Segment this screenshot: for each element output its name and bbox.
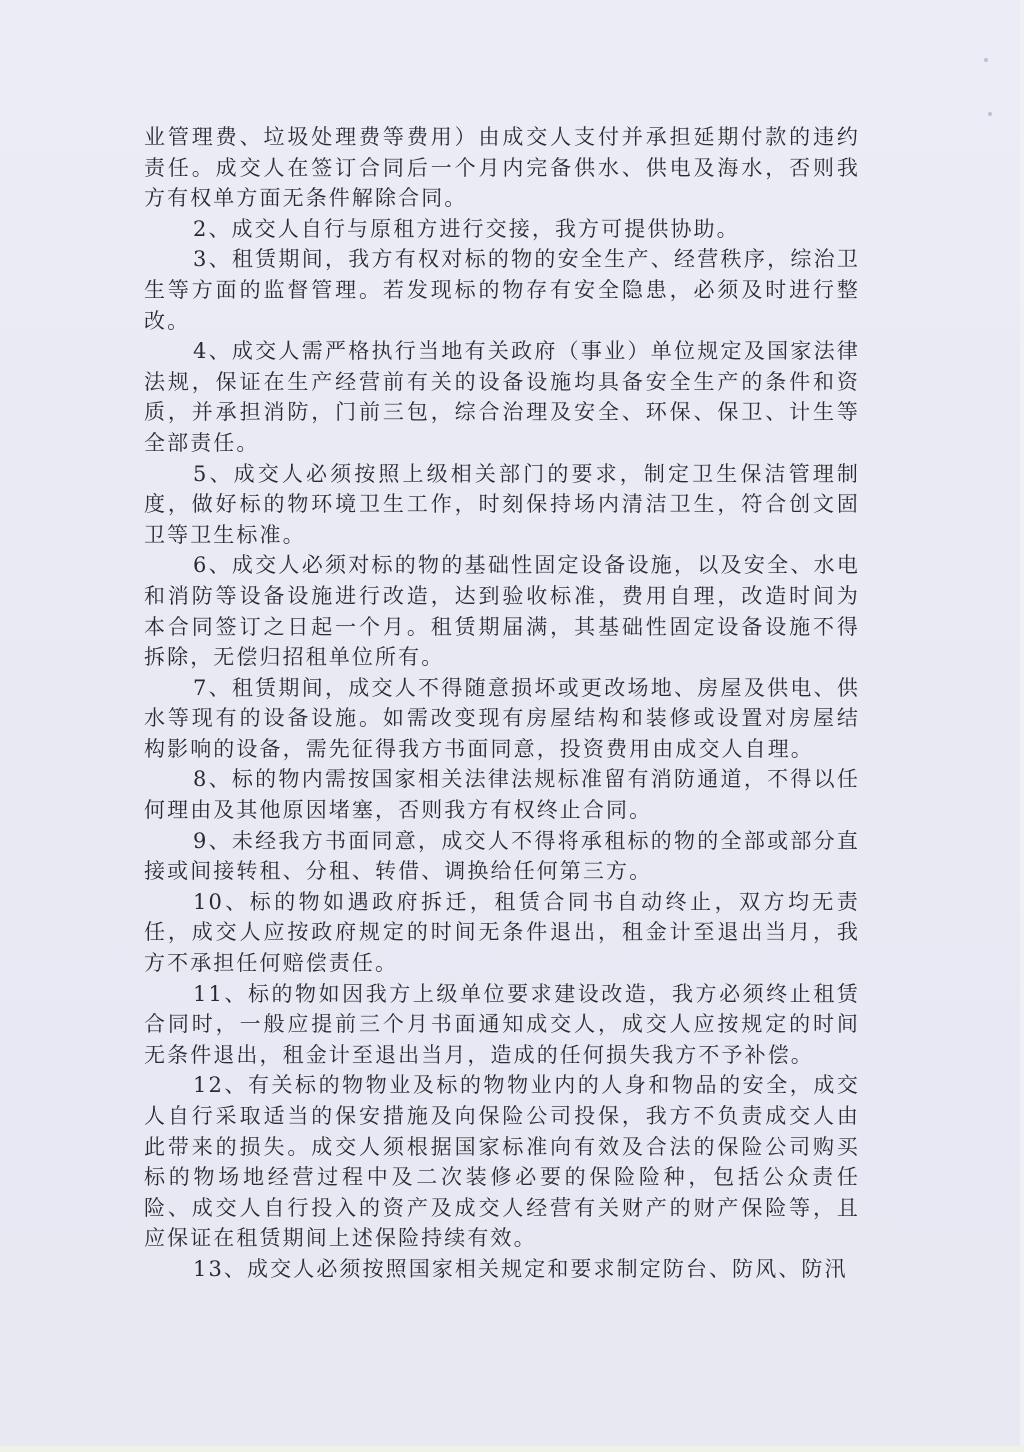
- binding-hole-mark: [984, 58, 988, 62]
- clause-8: 8、标的物内需按国家相关法律法规标准留有消防通道，不得以任何理由及其他原因堵塞，…: [144, 764, 860, 825]
- document-body: 业管理费、垃圾处理费等费用）由成交人支付并承担延期付款的违约责任。成交人在签订合…: [144, 122, 860, 1285]
- clause-4: 4、成交人需严格执行当地有关政府（事业）单位规定及国家法律法规，保证在生产经营前…: [144, 336, 860, 458]
- clause-2: 2、成交人自行与原租方进行交接，我方可提供协助。: [144, 214, 860, 245]
- clause-3: 3、租赁期间，我方有权对标的物的安全生产、经营秩序，综治卫生等方面的监督管理。若…: [144, 244, 860, 336]
- page-right-edge: [1020, 0, 1024, 1452]
- clause-12: 12、有关标的物物业及标的物物业内的人身和物品的安全，成交人自行采取适当的保安措…: [144, 1070, 860, 1254]
- page-bottom-edge: [0, 1446, 1024, 1452]
- binding-hole-mark: [988, 112, 992, 116]
- clause-10: 10、标的物如遇政府拆迁，租赁合同书自动终止，双方均无责任，成交人应按政府规定的…: [144, 887, 860, 979]
- clause-6: 6、成交人必须对标的物的基础性固定设备设施，以及安全、水电和消防等设备设施进行改…: [144, 550, 860, 672]
- clause-5: 5、成交人必须按照上级相关部门的要求，制定卫生保洁管理制度，做好标的物环境卫生工…: [144, 459, 860, 551]
- clause-13: 13、成交人必须按照国家相关规定和要求制定防台、防风、防汛: [144, 1254, 860, 1285]
- clause-9: 9、未经我方书面同意，成交人不得将承租标的物的全部或部分直接或间接转租、分租、转…: [144, 826, 860, 887]
- paragraph-continued: 业管理费、垃圾处理费等费用）由成交人支付并承担延期付款的违约责任。成交人在签订合…: [144, 122, 860, 214]
- clause-7: 7、租赁期间，成交人不得随意损坏或更改场地、房屋及供电、供水等现有的设备设施。如…: [144, 673, 860, 765]
- scanned-page: 业管理费、垃圾处理费等费用）由成交人支付并承担延期付款的违约责任。成交人在签订合…: [0, 0, 1024, 1452]
- clause-11: 11、标的物如因我方上级单位要求建设改造，我方必须终止租赁合同时，一般应提前三个…: [144, 979, 860, 1071]
